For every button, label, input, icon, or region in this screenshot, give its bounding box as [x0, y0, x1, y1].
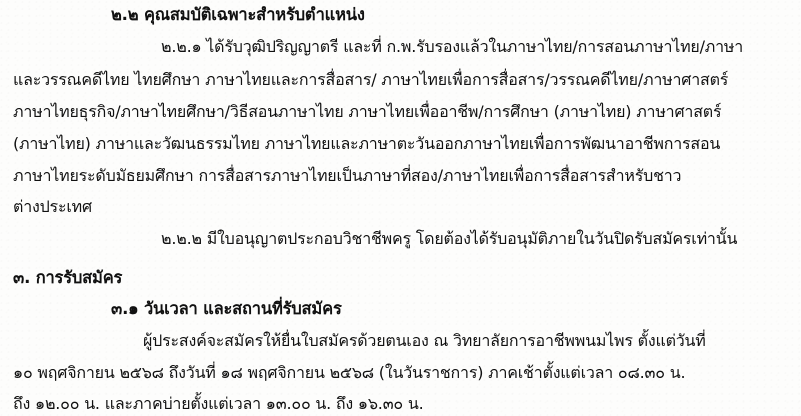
item-2-2-1-line-3: ภาษาไทยธุรกิจ/ภาษาไทยศึกษา/วิธีสอนภาษาไท… — [13, 102, 721, 122]
item-2-2-1-line-5: ภาษาไทยระดับมัธยมศึกษา การสื่อสารภาษาไทย… — [13, 166, 681, 186]
item-2-2-1-line-4: (ภาษาไทย) ภาษาและวัฒนธรรมไทย ภาษาไทยและภ… — [13, 134, 720, 154]
item-3-1-line-2: ๑๐ พฤศจิกายน ๒๕๖๘ ถึงวันที่ ๑๘ พฤศจิกายน… — [13, 363, 685, 383]
item-2-2-2: ๒.๒.๒ มีใบอนุญาตประกอบวิชาชีพครู โดยต้อง… — [161, 229, 737, 249]
item-3-1-line-3: ถึง ๑๒.๐๐ น. และภาคบ่ายตั้งแต่เวลา ๑๓.๐๐… — [13, 394, 424, 414]
item-3-1-heading: ๓.๑ วันเวลา และสถานที่รับสมัคร — [111, 299, 342, 319]
item-2-2-1-line-1: ๒.๒.๑ ได้รับวุฒิปริญญาตรี และที่ ก.พ.รับ… — [161, 37, 786, 57]
item-3-1-line-1: ผู้ประสงค์จะสมัครให้ยื่นใบสมัครด้วยตนเอง… — [143, 331, 706, 351]
section-2-2-heading: ๒.๒ คุณสมบัติเฉพาะสำหรับตำแหน่ง — [111, 5, 365, 25]
item-2-2-1-line-2: และวรรณคดีไทย ไทยศึกษา ภาษาไทยและการสื่อ… — [13, 70, 728, 90]
item-2-2-1-line-6: ต่างประเทศ — [13, 197, 92, 217]
section-3-heading: ๓. การรับสมัคร — [13, 268, 122, 288]
document-page: ๒.๒ คุณสมบัติเฉพาะสำหรับตำแหน่ง ๒.๒.๑ ได… — [0, 0, 801, 416]
